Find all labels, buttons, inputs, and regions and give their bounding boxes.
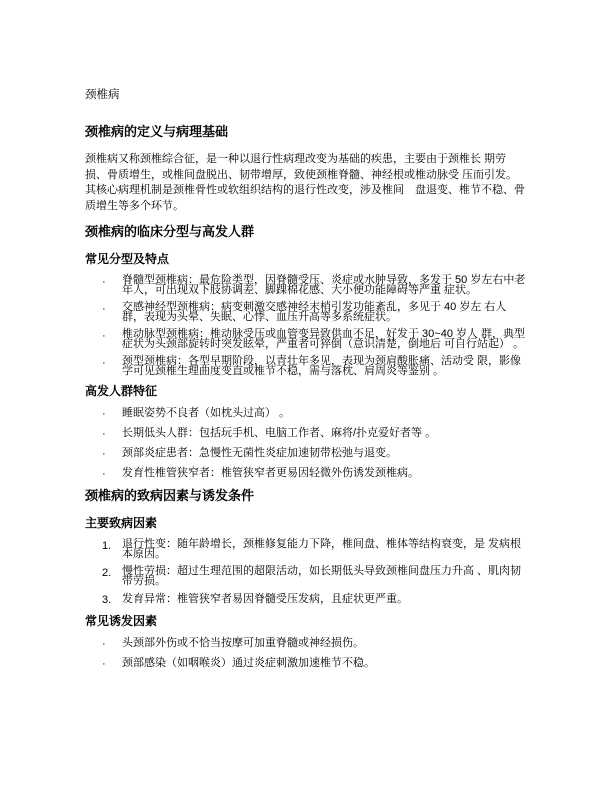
bullet-marker: · xyxy=(85,276,122,288)
list-item: · 长期低头人群：包括玩手机、电脑工作者、麻将/扑克爱好者等 。 xyxy=(85,428,528,440)
triggers-list: · 头颈部外伤或不恰当按摩可加重脊髓或神经损伤。 · 颈部感染（如咽喉炎）通过炎… xyxy=(85,638,528,670)
bullet-marker: · xyxy=(85,468,122,480)
list-item: · 头颈部外伤或不恰当按摩可加重脊髓或神经损伤。 xyxy=(85,638,528,650)
subsection-heading-high-risk-groups: 高发人群特征 xyxy=(85,384,528,398)
list-item: 1. 退行性变：随年龄增长，颈椎修复能力下降，椎间盘、椎体等结构衰变，是 发病根… xyxy=(85,540,528,559)
bullet-marker: · xyxy=(85,357,122,369)
definition-paragraph: 颈椎病又称颈椎综合征，是一种以退行性病理改变为基础的疾患，主要由于颈椎长 期劳损… xyxy=(85,152,528,214)
bullet-marker: · xyxy=(85,303,122,315)
bullet-marker: · xyxy=(85,448,122,460)
list-item-text: 交感神经型颈椎病：病变刺激交感神经末梢引发功能紊乱，多见于 40 岁左 右人群，… xyxy=(122,303,528,322)
list-item: 3. 发育异常：椎管狭窄者易因脊髓受压发病，且症状更严重。 xyxy=(85,594,528,606)
list-item-text: 睡眠姿势不良者（如枕头过高） 。 xyxy=(122,408,528,419)
list-item: · 颈部感染（如咽喉炎）通过炎症刺激加速椎节不稳。 xyxy=(85,658,528,670)
list-item: 2. 慢性劳损：超过生理范围的超限活动，如长期低头导致颈椎间盘压力升高 、肌肉韧… xyxy=(85,567,528,586)
main-causes-list: 1. 退行性变：随年龄增长，颈椎修复能力下降，椎间盘、椎体等结构衰变，是 发病根… xyxy=(85,540,528,606)
document-page: 颈椎病 颈椎病的定义与病理基础 颈椎病又称颈椎综合征，是一种以退行性病理改变为基… xyxy=(0,0,612,792)
list-item: · 颈型颈椎病：各型早期阶段，以青壮年多见，表现为颈肩酸胀痛、活动受 限，影像学… xyxy=(85,357,528,376)
list-item-text: 颈部炎症患者：急慢性无菌性炎症加速韧带松弛与退变。 xyxy=(122,448,528,459)
list-item-text: 椎动脉型颈椎病：椎动脉受压或血管变异致供血不足，好发于 30~40 岁人 群，典… xyxy=(122,330,528,349)
types-list: · 脊髓型颈椎病：最危险类型，因脊髓受压、炎症或水肿导致，多发于 50 岁左右中… xyxy=(85,276,528,376)
list-item: · 交感神经型颈椎病：病变刺激交感神经末梢引发功能紊乱，多见于 40 岁左 右人… xyxy=(85,303,528,322)
section-heading-classification: 颈椎病的临床分型与高发人群 xyxy=(85,224,528,239)
subsection-heading-triggers: 常见诱发因素 xyxy=(85,614,528,628)
list-item-text: 长期低头人群：包括玩手机、电脑工作者、麻将/扑克爱好者等 。 xyxy=(122,428,528,439)
subsection-heading-main-causes: 主要致病因素 xyxy=(85,516,528,530)
list-item: · 睡眠姿势不良者（如枕头过高） 。 xyxy=(85,408,528,420)
section-heading-causes: 颈椎病的致病因素与诱发条件 xyxy=(85,488,528,503)
bullet-marker: · xyxy=(85,428,122,440)
list-item: · 发育性椎管狭窄者：椎管狭窄者更易因轻微外伤诱发颈椎病。 xyxy=(85,468,528,480)
list-item-text: 颈型颈椎病：各型早期阶段，以青壮年多见，表现为颈肩酸胀痛、活动受 限，影像学可见… xyxy=(122,357,528,376)
section-heading-definition: 颈椎病的定义与病理基础 xyxy=(85,124,528,139)
number-marker: 2. xyxy=(85,567,122,579)
doc-title: 颈椎病 xyxy=(85,88,528,102)
list-item-text: 颈部感染（如咽喉炎）通过炎症刺激加速椎节不稳。 xyxy=(122,658,528,669)
list-item-text: 慢性劳损：超过生理范围的超限活动，如长期低头导致颈椎间盘压力升高 、肌肉韧带劳损… xyxy=(122,567,528,586)
list-item: · 椎动脉型颈椎病：椎动脉受压或血管变异致供血不足，好发于 30~40 岁人 群… xyxy=(85,330,528,349)
list-item-text: 脊髓型颈椎病：最危险类型，因脊髓受压、炎症或水肿导致，多发于 50 岁左右中老年… xyxy=(122,276,528,295)
list-item: · 颈部炎症患者：急慢性无菌性炎症加速韧带松弛与退变。 xyxy=(85,448,528,460)
bullet-marker: · xyxy=(85,330,122,342)
high-risk-groups-list: · 睡眠姿势不良者（如枕头过高） 。 · 长期低头人群：包括玩手机、电脑工作者、… xyxy=(85,408,528,480)
number-marker: 3. xyxy=(85,594,122,606)
list-item: · 脊髓型颈椎病：最危险类型，因脊髓受压、炎症或水肿导致，多发于 50 岁左右中… xyxy=(85,276,528,295)
bullet-marker: · xyxy=(85,638,122,650)
list-item-text: 发育性椎管狭窄者：椎管狭窄者更易因轻微外伤诱发颈椎病。 xyxy=(122,468,528,479)
list-item-text: 退行性变：随年龄增长，颈椎修复能力下降，椎间盘、椎体等结构衰变，是 发病根本原因… xyxy=(122,540,528,559)
number-marker: 1. xyxy=(85,540,122,552)
subsection-heading-types: 常见分型及特点 xyxy=(85,252,528,266)
bullet-marker: · xyxy=(85,658,122,670)
bullet-marker: · xyxy=(85,408,122,420)
list-item-text: 发育异常：椎管狭窄者易因脊髓受压发病，且症状更严重。 xyxy=(122,594,528,605)
list-item-text: 头颈部外伤或不恰当按摩可加重脊髓或神经损伤。 xyxy=(122,638,528,649)
